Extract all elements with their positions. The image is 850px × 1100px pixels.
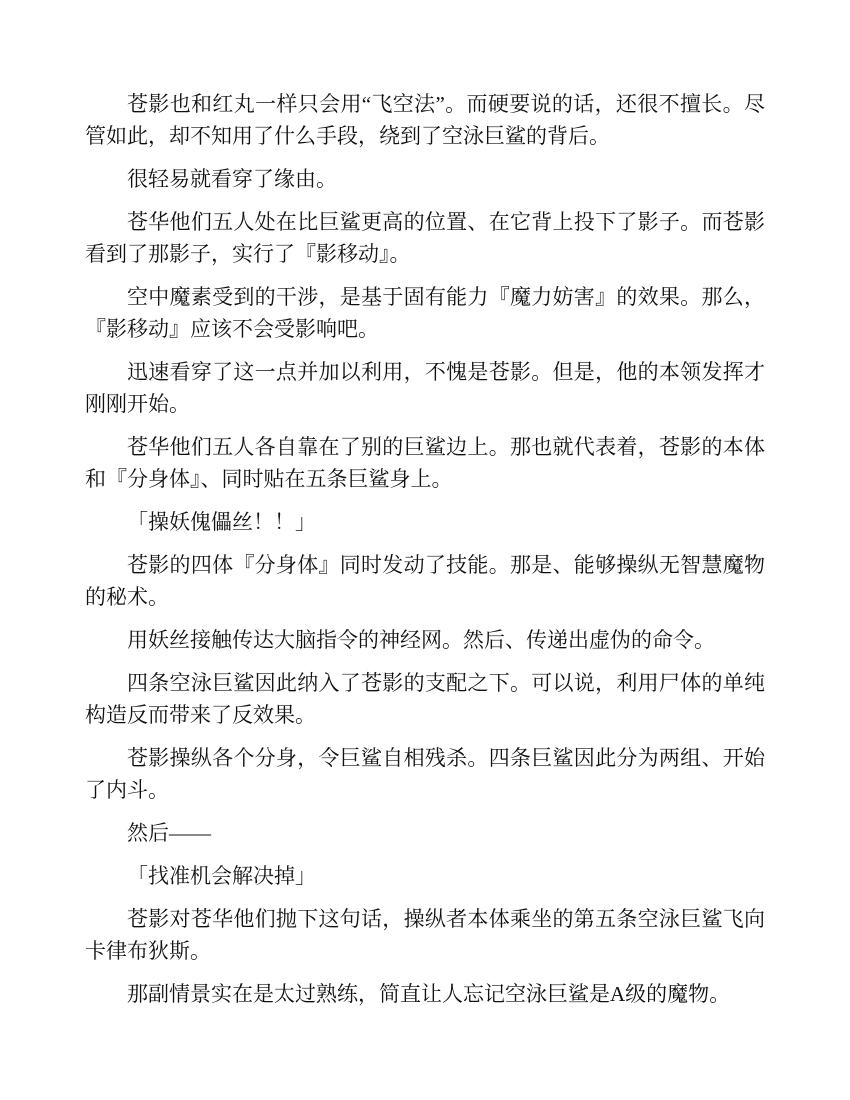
paragraph-5: 迅速看穿了这一点并加以利用，不愧是苍影。但是，他的本领发挥才刚刚开始。 <box>85 356 765 420</box>
paragraph-7-dialogue: 「操妖傀儡丝！！」 <box>85 506 765 538</box>
paragraph-8: 苍影的四体『分身体』同时发动了技能。那是、能够操纵无智慧魔物的秘术。 <box>85 549 765 613</box>
paragraph-14: 苍影对苍华他们抛下这句话，操纵者本体乘坐的第五条空泳巨鲨飞向卡律布狄斯。 <box>85 903 765 967</box>
paragraph-6: 苍华他们五人各自靠在了别的巨鲨边上。那也就代表着，苍影的本体和『分身体』、同时贴… <box>85 431 765 495</box>
paragraph-9: 用妖丝接触传达大脑指令的神经网。然后、传递出虚伪的命令。 <box>85 624 765 656</box>
paragraph-12: 然后—— <box>85 817 765 849</box>
paragraph-2: 很轻易就看穿了缘由。 <box>85 163 765 195</box>
paragraph-10: 四条空泳巨鲨因此纳入了苍影的支配之下。可以说，利用尸体的单纯构造反而带来了反效果… <box>85 667 765 731</box>
paragraph-15: 那副情景实在是太过熟练，简直让人忘记空泳巨鲨是A级的魔物。 <box>85 978 765 1010</box>
paragraph-1: 苍影也和红丸一样只会用“飞空法”。而硬要说的话，还很不擅长。尽管如此，却不知用了… <box>85 88 765 152</box>
document-body-text: 苍影也和红丸一样只会用“飞空法”。而硬要说的话，还很不擅长。尽管如此，却不知用了… <box>85 88 765 1010</box>
paragraph-11: 苍影操纵各个分身，令巨鲨自相残杀。四条巨鲨因此分为两组、开始了内斗。 <box>85 742 765 806</box>
paragraph-3: 苍华他们五人处在比巨鲨更高的位置、在它背上投下了影子。而苍影看到了那影子，实行了… <box>85 206 765 270</box>
paragraph-4: 空中魔素受到的干涉，是基于固有能力『魔力妨害』的效果。那么，『影移动』应该不会受… <box>85 281 765 345</box>
document-page: 苍影也和红丸一样只会用“飞空法”。而硬要说的话，还很不擅长。尽管如此，却不知用了… <box>0 0 850 1100</box>
paragraph-13-dialogue: 「找准机会解决掉」 <box>85 860 765 892</box>
